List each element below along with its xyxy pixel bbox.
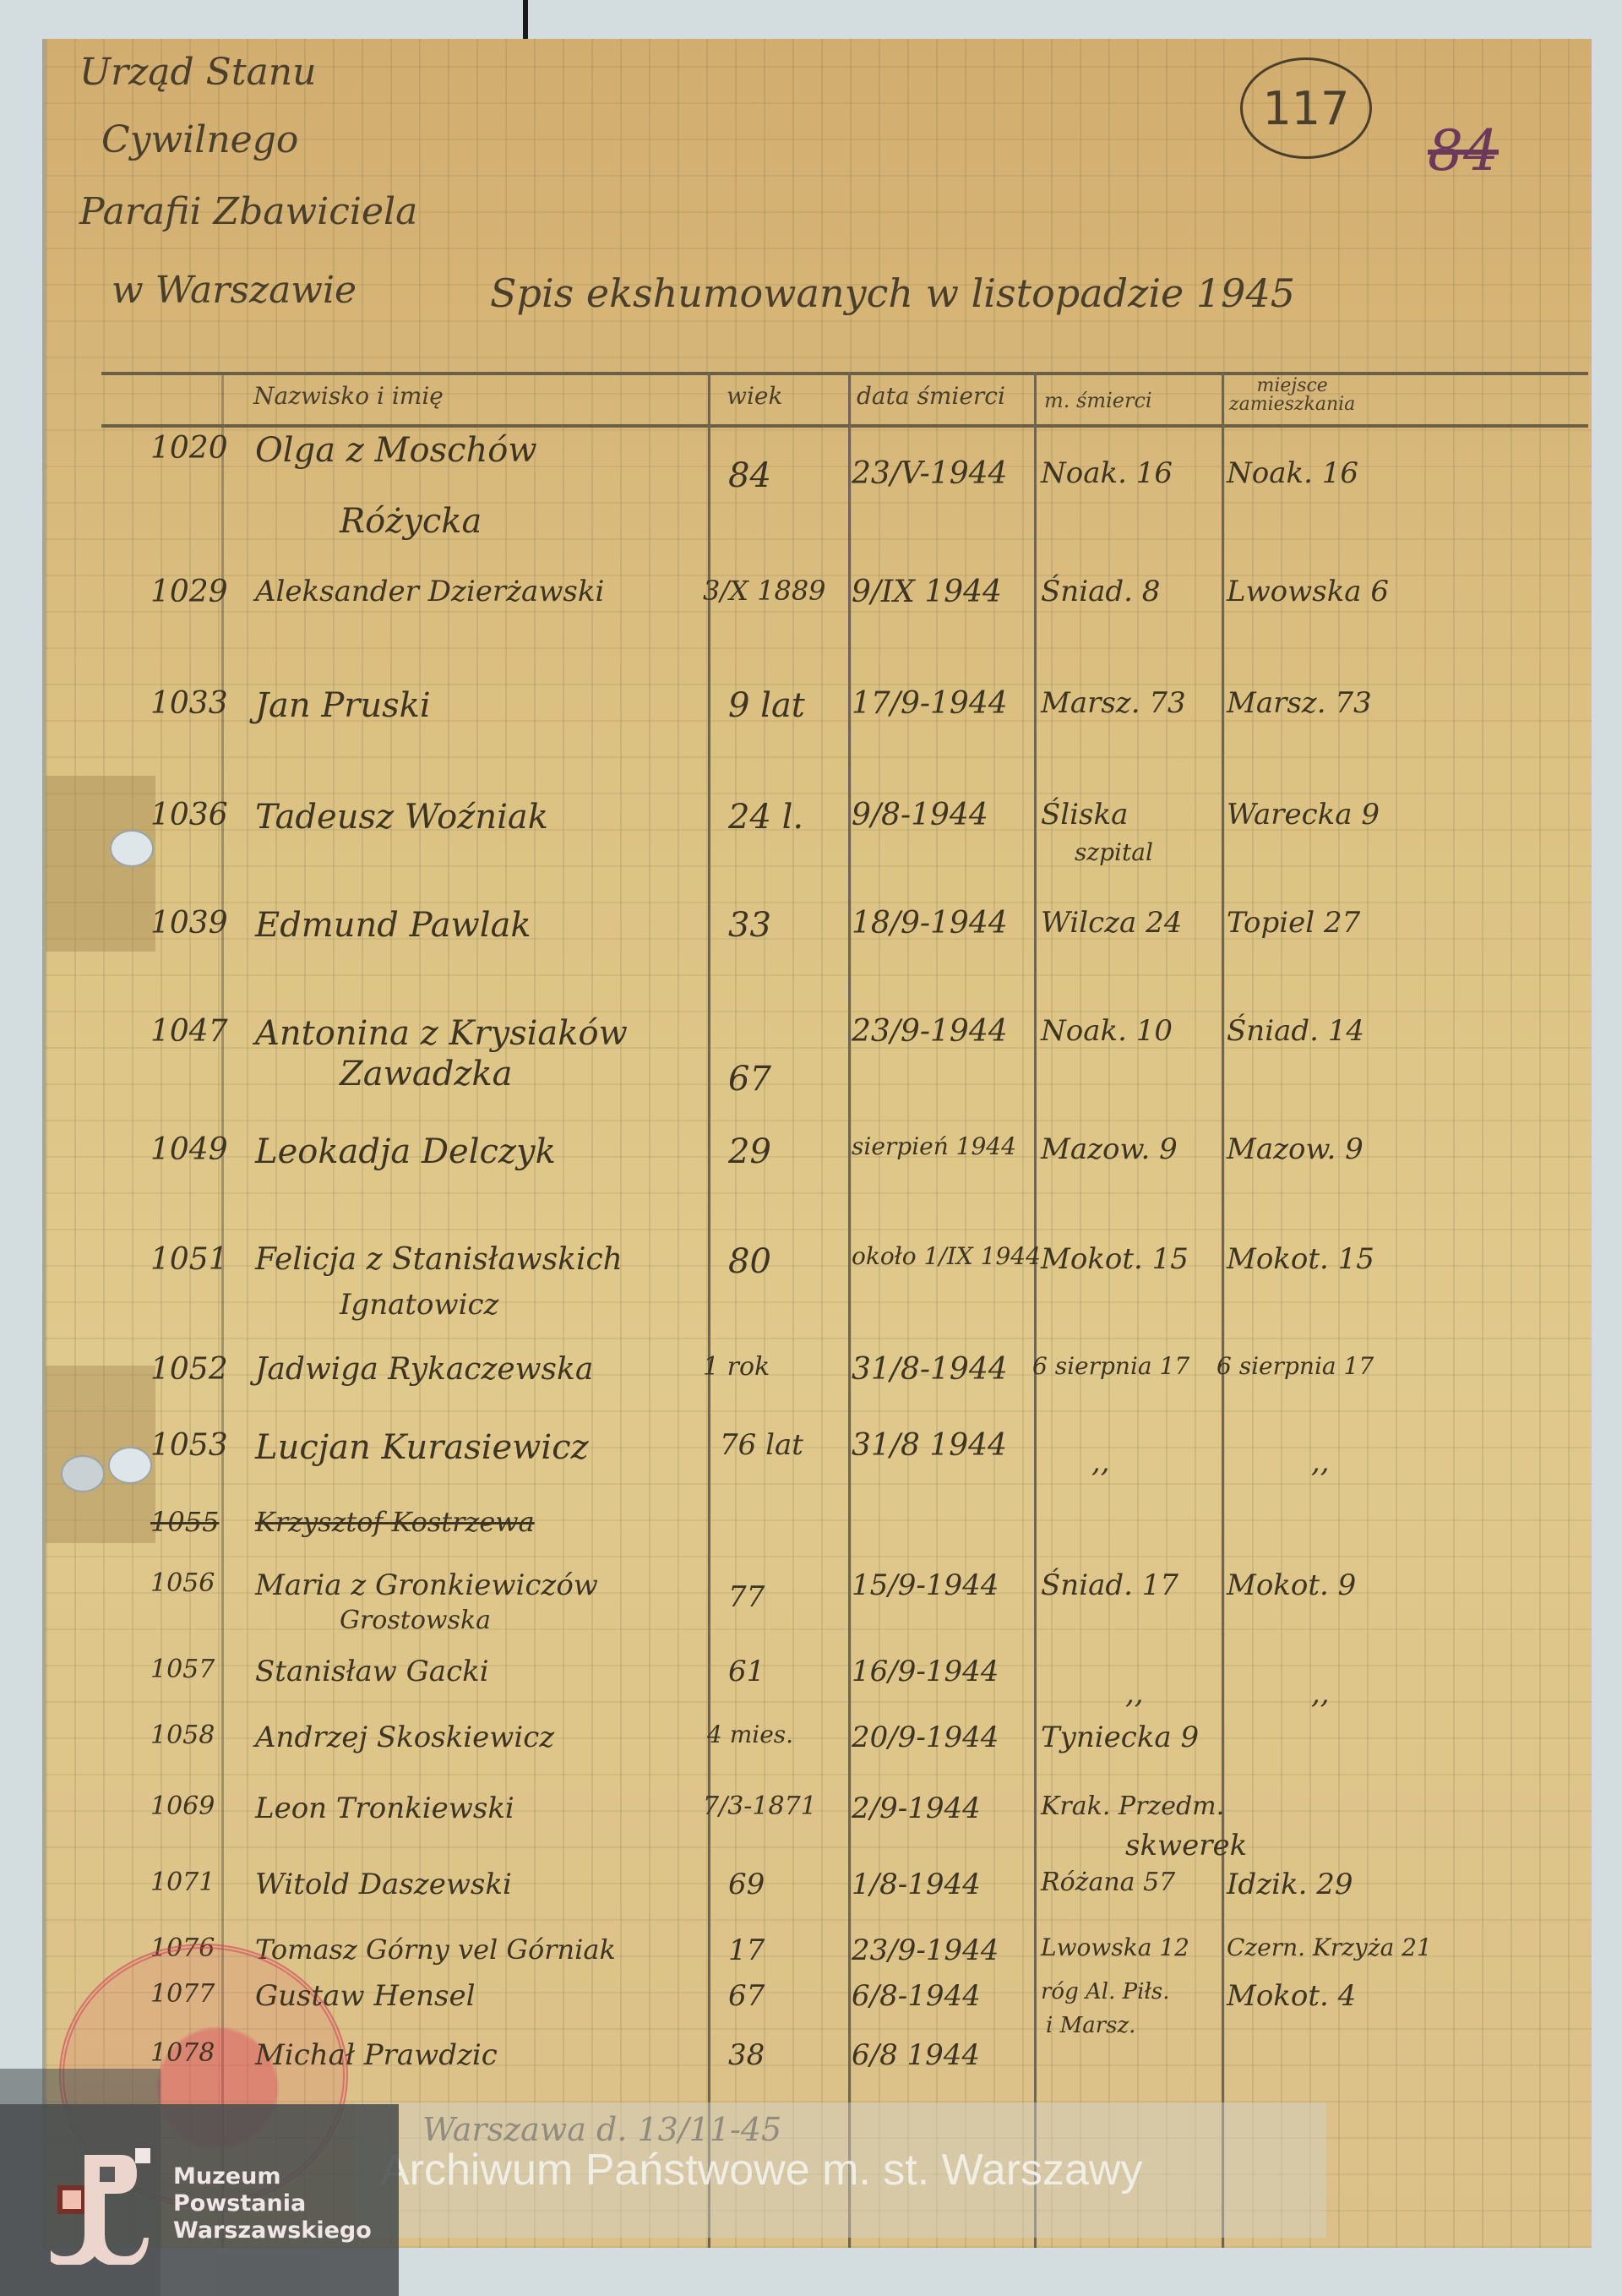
entry-number: 1053 <box>150 1428 228 1463</box>
column-divider <box>848 372 851 2248</box>
entry-death-date: 23/9-1944 <box>852 1933 999 1967</box>
entry-death-date: 31/8-1944 <box>852 1352 1008 1387</box>
column-header-name: Nazwisko i imię <box>253 382 444 410</box>
entry-name-continued: Różycka <box>340 502 482 541</box>
entry-residence: Warecka 9 <box>1227 798 1380 832</box>
entry-residence: 6 sierpnia 17 <box>1216 1352 1374 1380</box>
entry-name: Olga z Moschów <box>255 431 537 470</box>
office-header-line: w Warszawie <box>112 269 357 312</box>
folio-number-crossed: 84 <box>1428 118 1499 183</box>
entry-death-place: Marsz. 73 <box>1041 686 1186 720</box>
entry-death-date: 15/9-1944 <box>852 1568 999 1602</box>
entry-name: Felicja z Stanisławskich <box>255 1242 623 1277</box>
entry-residence: Marsz. 73 <box>1227 686 1372 720</box>
entry-age: 24 l. <box>728 798 803 837</box>
document-title: Spis ekshumowanych w listopadzie 1945 <box>490 270 1295 316</box>
entry-residence: Czern. Krzyża 21 <box>1227 1933 1432 1961</box>
office-header-line: Urząd Stanu <box>79 51 316 94</box>
entry-number: 1033 <box>150 686 228 721</box>
entry-name: Maria z Gronkiewiczów <box>255 1568 598 1602</box>
entry-death-date: 17/9-1944 <box>852 686 1008 721</box>
entry-residence: Topiel 27 <box>1227 906 1360 940</box>
entry-death-place: Krak. Przedm. <box>1041 1792 1224 1821</box>
entry-death-place: 6 sierpnia 17 <box>1032 1352 1189 1380</box>
entry-residence: Mokot. 9 <box>1227 1568 1356 1602</box>
entry-age: 1 rok <box>703 1352 770 1382</box>
entry-residence: Mokot. 15 <box>1227 1242 1374 1276</box>
header-rule-bottom <box>101 424 1588 428</box>
entry-name: Jadwiga Rykaczewska <box>255 1352 593 1387</box>
entry-death-place: Śniad. 8 <box>1041 575 1160 608</box>
entry-death-place: Noak. 10 <box>1041 1014 1173 1048</box>
office-header-line: Cywilnego <box>101 118 298 161</box>
column-divider <box>1222 372 1224 2248</box>
entry-death-date: około 1/IX 1944 <box>852 1242 1041 1270</box>
entry-death-place: Noak. 16 <box>1041 456 1173 490</box>
entry-name-continued: Zawadzka <box>340 1055 513 1093</box>
header-rule-top <box>101 372 1588 375</box>
archive-watermark: Archiwum Państwowe m. st. Warszawy <box>355 2102 1326 2238</box>
entry-death-place: Tynieckа 9 <box>1041 1721 1199 1754</box>
entry-death-date: 9/IX 1944 <box>852 575 1002 609</box>
entry-age: 9 lat <box>728 686 805 725</box>
entry-residence: Mazow. 9 <box>1227 1132 1363 1166</box>
entry-death-place: Śliska <box>1041 798 1128 832</box>
kotwica-anchor-icon <box>51 2146 152 2265</box>
logo-line: Powstania <box>173 2190 372 2217</box>
entry-residence-ditto: ,, <box>1311 1677 1330 1710</box>
punch-hole <box>110 830 154 867</box>
entry-number: 1047 <box>150 1014 228 1049</box>
entry-death-place: Różana 57 <box>1041 1868 1175 1897</box>
entry-number: 1069 <box>150 1792 215 1821</box>
column-header-death-place: m. śmierci <box>1044 389 1152 412</box>
entry-name: Leokadja Delczyk <box>255 1132 556 1171</box>
entry-death-date: 31/8 1944 <box>852 1428 1007 1463</box>
entry-age: 69 <box>728 1868 765 1901</box>
entry-age: 3/X 1889 <box>703 575 826 607</box>
entry-death-place-ditto: ,, <box>1091 1445 1110 1479</box>
entry-number: 1058 <box>150 1721 215 1750</box>
logo-line: Muzeum <box>173 2163 372 2190</box>
entry-death-date: 23/9-1944 <box>852 1014 1008 1049</box>
entry-age: 4 mies. <box>707 1721 793 1748</box>
entry-number: 1036 <box>150 798 228 832</box>
entry-number: 1052 <box>150 1352 228 1387</box>
entry-death-date: 9/8-1944 <box>852 798 988 832</box>
entry-number: 1020 <box>150 431 228 466</box>
entry-name: Aleksander Dzierżawski <box>255 575 604 608</box>
column-divider <box>708 372 710 2248</box>
entry-age: 33 <box>728 906 771 945</box>
entry-name: Antonina z Krysiaków <box>255 1014 628 1053</box>
entry-death-place: Wilcza 24 <box>1041 906 1182 940</box>
entry-death-place-continued: skwerek <box>1125 1829 1247 1862</box>
entry-death-place-ditto: ,, <box>1125 1677 1144 1710</box>
entry-death-place-continued: szpital <box>1075 838 1153 866</box>
entry-death-date: 1/8-1944 <box>852 1868 981 1901</box>
entry-number: 1071 <box>150 1868 215 1897</box>
entry-name: Edmund Pawlak <box>255 906 531 945</box>
entry-number: 1056 <box>150 1568 215 1598</box>
logo-line: Warszawskiego <box>173 2217 372 2244</box>
entry-age: 76 lat <box>720 1428 803 1462</box>
entry-name: Andrzej Skoskiewicz <box>255 1721 554 1754</box>
entry-death-place-continued: i Marsz. <box>1046 2013 1135 2038</box>
entry-death-date: 6/8-1944 <box>852 1979 981 2013</box>
entry-number: 1077 <box>150 1979 215 2009</box>
entry-residence: Noak. 16 <box>1227 456 1358 490</box>
folio-number: 117 <box>1262 82 1349 135</box>
entry-death-place: Mazow. 9 <box>1041 1132 1178 1166</box>
entry-age: 67 <box>728 1060 771 1099</box>
column-divider <box>1034 372 1037 2248</box>
entry-name-continued: Grostowska <box>340 1606 491 1635</box>
entry-name: Michał Prawdzic <box>255 2038 498 2072</box>
punch-hole <box>61 1455 105 1492</box>
column-header-age: wiek <box>727 382 782 410</box>
entry-death-date: 18/9-1944 <box>852 906 1008 941</box>
entry-name: Lucjan Kurasiewicz <box>255 1428 589 1467</box>
entry-name: Jan Pruski <box>255 686 431 725</box>
entry-death-place: Śniad. 17 <box>1041 1568 1178 1602</box>
entry-death-date: 20/9-1944 <box>852 1721 999 1754</box>
entry-name: Leon Tronkiewski <box>255 1792 514 1825</box>
entry-death-date: 16/9-1944 <box>852 1655 999 1688</box>
entry-death-place: Lwowska 12 <box>1041 1933 1189 1961</box>
entry-age: 17 <box>728 1933 765 1967</box>
entry-age: 67 <box>728 1979 765 2013</box>
entry-age: 38 <box>728 2038 765 2072</box>
office-header-line: Parafii Zbawiciela <box>79 190 417 233</box>
entry-residence: Lwowska 6 <box>1227 575 1389 608</box>
entry-number: 1051 <box>150 1242 228 1277</box>
entry-name: Krzysztof Kostrzewa <box>255 1506 535 1538</box>
folio-number-circled: 117 <box>1240 57 1372 159</box>
entry-name-continued: Ignatowicz <box>340 1288 498 1322</box>
archive-watermark-text: Archiwum Państwowe m. st. Warszawy <box>380 2145 1142 2195</box>
entry-death-date: sierpień 1944 <box>852 1132 1016 1160</box>
entry-name: Stanisław Gacki <box>255 1655 489 1688</box>
column-header-residence-line: zamieszkania <box>1229 395 1355 414</box>
column-header-residence: miejsce zamieszkania <box>1229 377 1355 414</box>
entry-death-date: 6/8 1944 <box>852 2038 980 2072</box>
entry-number: 1055 <box>150 1506 219 1538</box>
entry-residence-ditto: ,, <box>1311 1445 1330 1479</box>
entry-name: Tomasz Górny vel Górniak <box>255 1933 616 1966</box>
punch-hole <box>108 1447 152 1484</box>
museum-logo-text: Muzeum Powstania Warszawskiego <box>173 2163 372 2244</box>
entry-age: 7/3-1871 <box>703 1792 817 1821</box>
entry-number: 1049 <box>150 1132 228 1167</box>
entry-number: 1039 <box>150 906 228 941</box>
entry-residence: Mokot. 4 <box>1227 1979 1356 2013</box>
entry-number: 1029 <box>150 575 228 609</box>
entry-residence: Śniad. 14 <box>1227 1014 1364 1048</box>
entry-age: 80 <box>728 1242 771 1281</box>
entry-residence: Idzik. 29 <box>1227 1868 1353 1901</box>
entry-number: 1078 <box>150 2038 215 2068</box>
column-header-residence-line: miejsce <box>1229 377 1355 395</box>
entry-age: 29 <box>728 1132 771 1171</box>
entry-name: Gustaw Hensel <box>255 1979 475 2013</box>
entry-age: 61 <box>728 1655 765 1688</box>
column-header-death-date: data śmierci <box>857 382 1005 410</box>
entry-name: Tadeusz Woźniak <box>255 798 548 837</box>
entry-age: 77 <box>728 1580 765 1614</box>
entry-death-date: 2/9-1944 <box>852 1792 981 1825</box>
entry-death-place: róg Al. Piłs. <box>1041 1979 1169 2004</box>
entry-number: 1057 <box>150 1655 215 1684</box>
entry-name: Witold Daszewski <box>255 1868 512 1901</box>
entry-age: 84 <box>728 456 771 495</box>
entry-death-date: 23/V-1944 <box>852 456 1007 491</box>
entry-death-place: Mokot. 15 <box>1041 1242 1189 1276</box>
